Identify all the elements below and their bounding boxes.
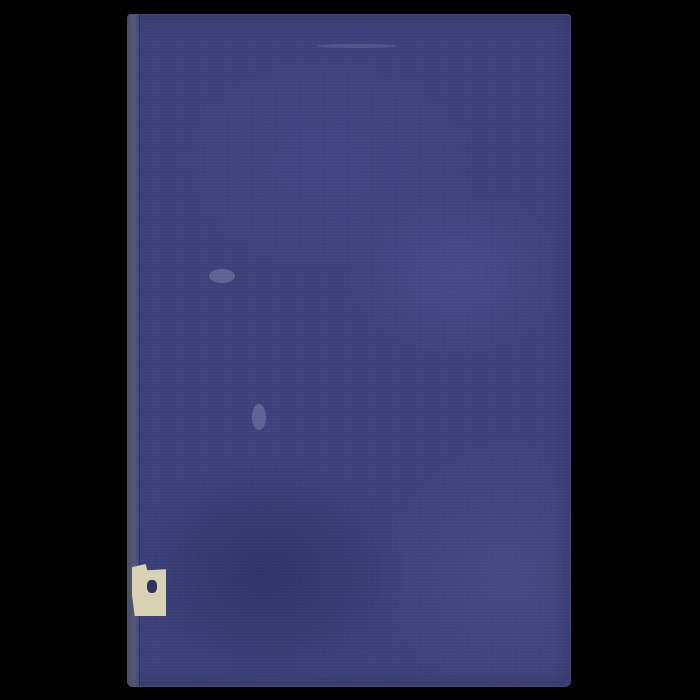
book-cover [127, 14, 571, 687]
scuff-mark [317, 44, 397, 48]
scuff-mark [209, 269, 235, 283]
label-stain [147, 580, 157, 593]
scuff-mark [252, 404, 266, 430]
